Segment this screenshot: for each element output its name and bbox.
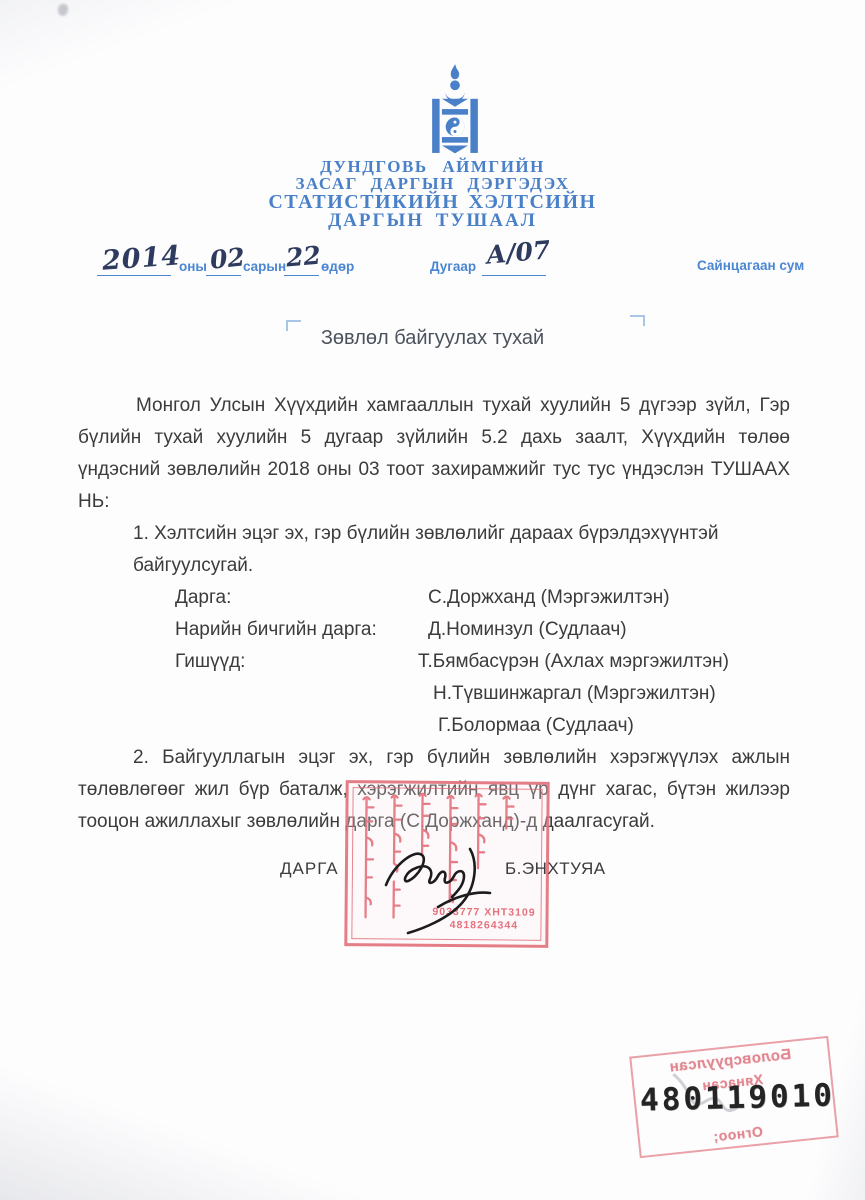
doc-type-line: ДАРГЫН ТУШААЛ [0, 210, 865, 232]
role-label: Нарийн бичгийн дарга: [175, 614, 377, 646]
month-suffix-label: сарын [243, 259, 286, 274]
day-suffix-label: өдөр [321, 259, 354, 274]
council-role-row: Г.Болормаа (Судлаач) [78, 710, 790, 742]
signer-name: Б.ЭНХТУЯА [505, 859, 606, 879]
handwritten-year: 2014 [101, 240, 182, 276]
year-blank-line [97, 275, 171, 276]
document-number-label: Дугаар [430, 259, 476, 274]
document-body: Монгол Улсын Хүүхдийн хамгааллын тухай х… [78, 390, 790, 838]
role-value: Г.Болормаа (Судлаач) [438, 710, 634, 742]
month-blank-line [206, 275, 241, 276]
stamped-registration-number: 480119010 [640, 1077, 836, 1118]
soyombo-emblem-icon [427, 60, 483, 160]
council-role-row: Нарийн бичгийн дарга: Д.Номинзул (Судлаа… [78, 614, 790, 646]
role-value: Н.Түвшинжаргал (Мэргэжилтэн) [433, 678, 716, 710]
council-role-row: Н.Түвшинжаргал (Мэргэжилтэн) [78, 678, 790, 710]
role-value: Д.Номинзул (Судлаач) [428, 614, 627, 646]
role-label: Дарга: [175, 582, 231, 614]
location-label: Сайнцагаан сум [697, 258, 804, 273]
handwritten-day: 22 [285, 241, 322, 273]
role-value: С.Доржханд (Мэргэжилтэн) [428, 582, 670, 614]
document-title: Зөвлөл байгуулах тухай [0, 327, 865, 350]
number-blank-line [482, 275, 546, 276]
title-corner-mark-right [630, 315, 645, 326]
day-blank-line [284, 275, 319, 276]
council-role-row: Гишүүд: Т.Бямбасүрэн (Ахлах мэргэжилтэн) [78, 646, 790, 678]
role-value: Т.Бямбасүрэн (Ахлах мэргэжилтэн) [418, 646, 729, 678]
year-suffix-label: оны [179, 259, 207, 274]
handwritten-month: 02 [209, 242, 247, 274]
scanned-document-page: ДУНДГОВЬ АЙМГИЙН ЗАСАГ ДАРГЫН ДЭРГЭДЭХ С… [0, 0, 865, 1200]
scan-smudge [58, 4, 68, 16]
handwritten-signature [378, 823, 523, 938]
order-item-1: 1. Хэлтсийн эцэг эх, гэр бүлийн зөвлөлий… [78, 518, 790, 582]
signer-position-label: ДАРГА [280, 859, 339, 879]
legal-basis-paragraph: Монгол Улсын Хүүхдийн хамгааллын тухай х… [78, 390, 790, 518]
role-label: Гишүүд: [175, 646, 245, 678]
council-role-row: Дарга: С.Доржханд (Мэргэжилтэн) [78, 582, 790, 614]
handwritten-document-number: А/07 [485, 235, 552, 269]
